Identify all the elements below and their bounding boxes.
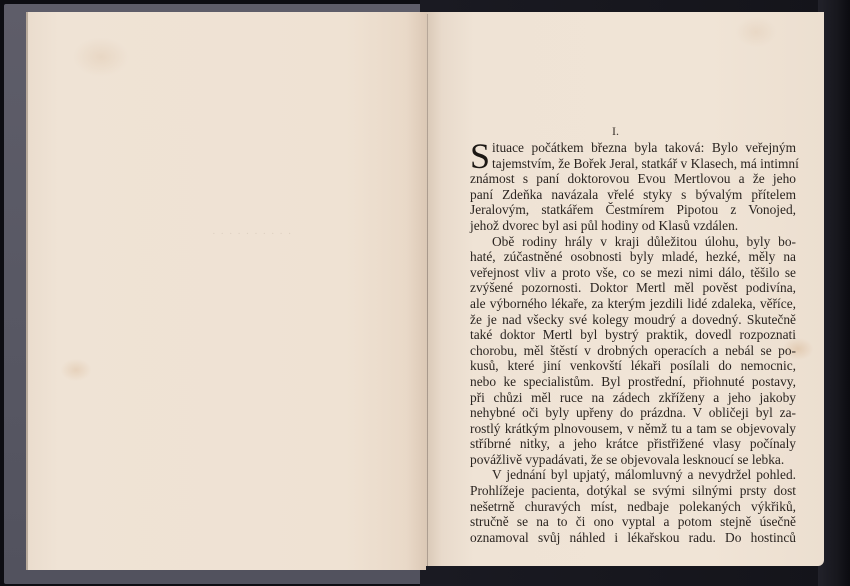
text-line: Obě rodiny hrály v kraji důležitou úlohu… bbox=[470, 234, 796, 250]
text-line: že je nad všecky své kolegy moudrý a dov… bbox=[470, 312, 796, 328]
text-line: známost s paní doktorovou Evou Mertlovou… bbox=[470, 171, 796, 187]
left-page bbox=[26, 12, 426, 570]
text-line: stručně se na to či ono vyptal a potom s… bbox=[470, 514, 796, 530]
text-line: Jeralovým, statkářem Čestmírem Pipotou z… bbox=[470, 202, 796, 218]
text-line: V jednání byl upjatý, málomluvný a nevyd… bbox=[470, 467, 796, 483]
text-line: kusů, které jiní venkovští lékaři posíla… bbox=[470, 358, 796, 374]
text-line: při chůzi měl ruce na zádech zkříženy a … bbox=[470, 390, 796, 406]
chapter-number: I. bbox=[612, 124, 619, 139]
drop-cap: S bbox=[470, 142, 490, 170]
text-line: nebo ke specialistům. Byl prostřední, př… bbox=[470, 374, 796, 390]
text-line: Prohlížeje pacienta, dotýkal se svými si… bbox=[470, 483, 796, 499]
text-line: ituace počátkem března byla taková: Bylo… bbox=[470, 140, 796, 156]
text-line: tajemstvím, že Bořek Jeral, statkář v Kl… bbox=[470, 156, 796, 172]
text-line: jehož dvorec byl asi půl hodiny od Klasů… bbox=[470, 218, 796, 234]
show-through-text: · · · · · · · · · · bbox=[212, 228, 292, 240]
text-line: také doktor Mertl byl bystrý praktik, do… bbox=[470, 327, 796, 343]
book-gutter bbox=[427, 14, 428, 566]
text-line: nehybné oči byly upřeny do prázdna. V ob… bbox=[470, 405, 796, 421]
text-line: paní Zdeňka navázala vřelé styky s býval… bbox=[470, 187, 796, 203]
text-line: haté, zúčastněné osobnosti byly mladé, h… bbox=[470, 249, 796, 265]
text-line: ale výborného lékaře, za kterým jezdili … bbox=[470, 296, 796, 312]
paragraph-1: S ituace počátkem března byla taková: By… bbox=[470, 140, 796, 234]
text-line: rostlý krátkým plnovousem, v němž tu a t… bbox=[470, 421, 796, 437]
paragraph-3: V jednání byl upjatý, málomluvný a nevyd… bbox=[470, 467, 796, 545]
text-line: chorobu, měl štěstí v drobných operacích… bbox=[470, 343, 796, 359]
paragraph-2: Obě rodiny hrály v kraji důležitou úlohu… bbox=[470, 234, 796, 468]
text-line: zvýšené pozornosti. Doktor Mertl měl pov… bbox=[470, 280, 796, 296]
text-line: nešetrně churavých míst, nedbaje polekan… bbox=[470, 499, 796, 515]
text-line: oznamoval svůj náhled i lékařskou radu. … bbox=[470, 530, 796, 546]
text-line: veřejnost vliv a proto vše, co se mezi n… bbox=[470, 265, 796, 281]
text-line: povážlivě vypadávati, že se objevovala l… bbox=[470, 452, 796, 468]
text-line: stříbrné nitky, a jeho krátce přistřižen… bbox=[470, 436, 796, 452]
body-text: S ituace počátkem března byla taková: By… bbox=[470, 140, 796, 545]
